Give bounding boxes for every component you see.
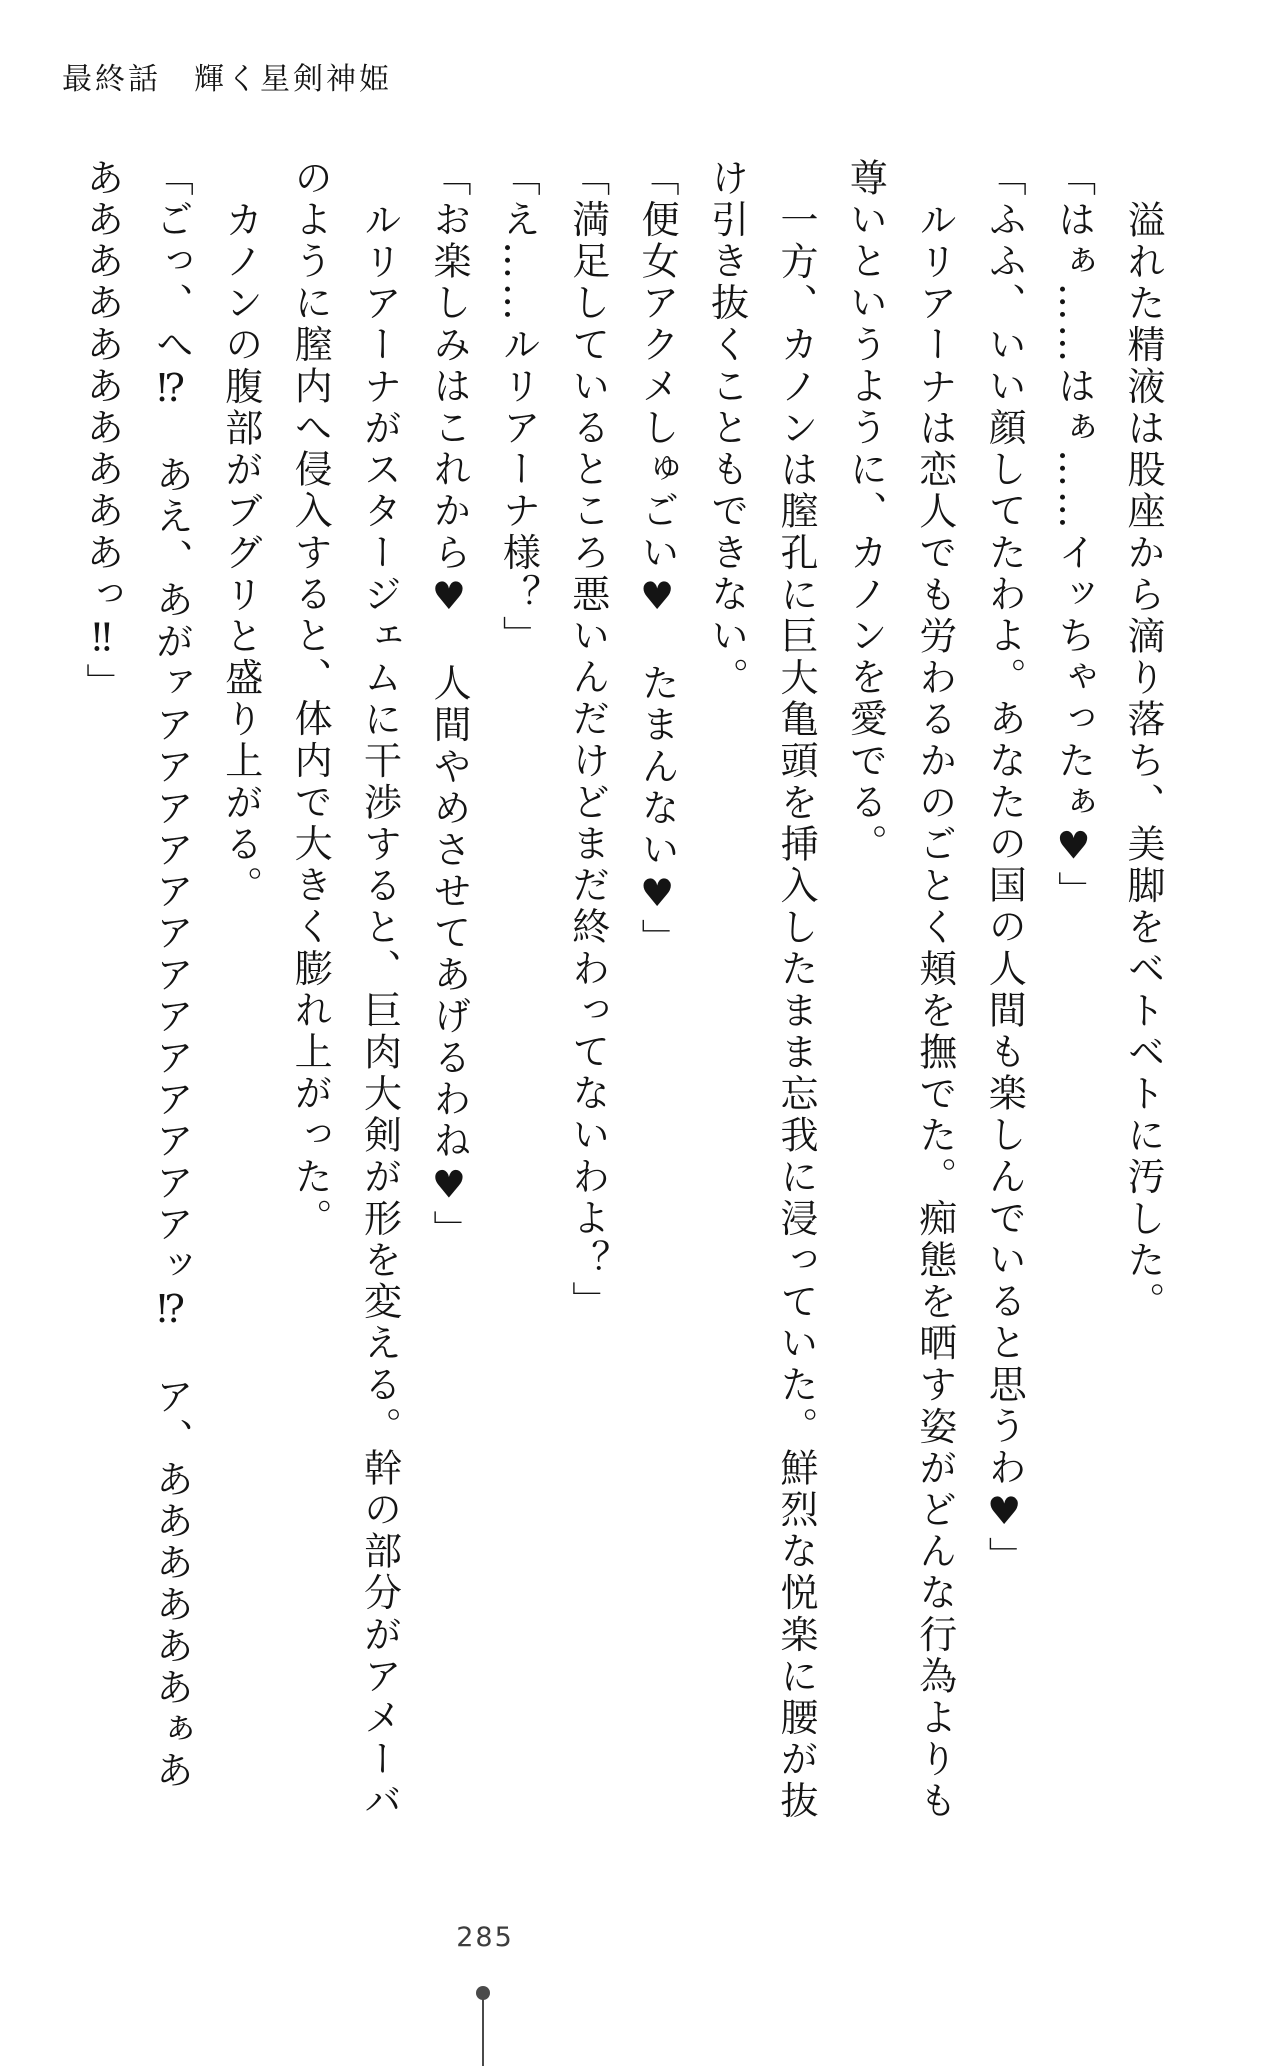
text-column: 「ごっ、へ⁉ あえ、あがァアアアアアアアアアアアアアッ⁉ ア、ああああああぁあ [136, 158, 205, 2058]
chapter-title: 最終話 輝く星剣神姫 [62, 54, 392, 98]
text-column: 「便女アクメしゅごい♥ たまんない♥」 [622, 158, 691, 2058]
text-column: 尊いというように、カノンを愛でる。 [830, 158, 899, 2058]
text-column: 一方、カノンは膣孔に巨大亀頭を挿入したまま忘我に浸っていた。鮮烈な悦楽に腰が抜 [761, 158, 830, 2058]
text-column: 「ふふ、いい顔してたわよ。あなたの国の人間も楽しんでいると思うわ♥」 [969, 158, 1038, 2058]
text-column: ああああああああああっ‼」 [67, 158, 136, 2058]
text-column: ルリアーナがスタージェムに干渉すると、巨肉大剣が形を変える。幹の部分がアメーバ [344, 158, 413, 2058]
text-column: 「はぁ……はぁ……イッちゃったぁ♥」 [1038, 158, 1107, 2058]
text-column: け引き抜くこともできない。 [691, 158, 760, 2058]
text-column: 「え……ルリアーナ様？」 [483, 158, 552, 2058]
text-column: ルリアーナは恋人でも労わるかのごとく頬を撫でた。痴態を晒す姿がどんな行為よりも [899, 158, 968, 2058]
text-column: 「お楽しみはこれから♥ 人間やめさせてあげるわね♥」 [414, 158, 483, 2058]
page-text: 溢れた精液は股座から滴り落ち、美脚をベトベトに汚した。 「はぁ……はぁ……イッち… [67, 158, 1178, 2058]
text-column: 溢れた精液は股座から滴り落ち、美脚をベトベトに汚した。 [1108, 158, 1177, 2058]
text-column: 「満足しているところ悪いんだけどまだ終わってないわよ？」 [552, 158, 621, 2058]
text-column: カノンの腹部がブグリと盛り上がる。 [205, 158, 274, 2058]
text-column: のように膣内へ侵入すると、体内で大きく膨れ上がった。 [275, 158, 344, 2058]
